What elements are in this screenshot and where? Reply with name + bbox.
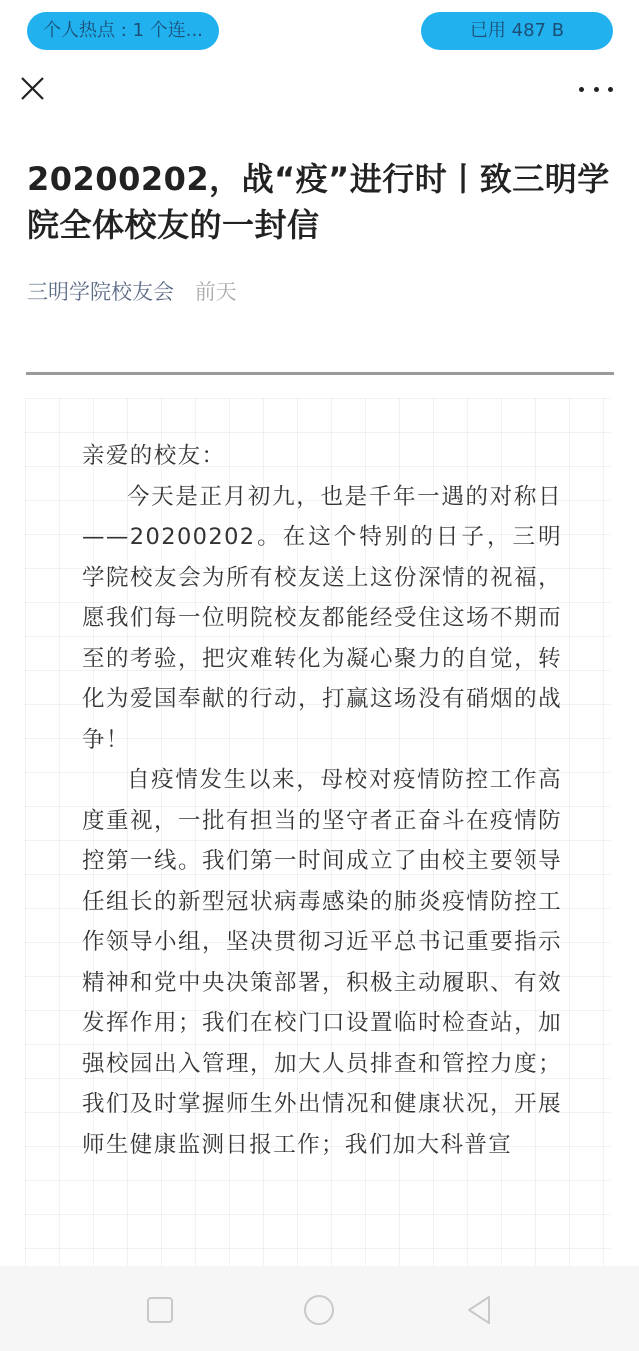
publish-time: 前天	[195, 280, 237, 304]
letter-paragraph: 自疫情发生以来，母校对疫情防控工作高度重视，一批有担当的坚守者正奋斗在疫情防控第…	[82, 760, 562, 1165]
close-icon	[18, 74, 48, 104]
article-nav-bar	[0, 62, 639, 118]
article-meta: 三明学院校友会 前天	[27, 276, 237, 308]
more-dots-icon	[579, 87, 584, 92]
letter-paragraph: 今天是正月初九，也是千年一遇的对称日——20200202。在这个特别的日子，三明…	[82, 477, 562, 761]
more-dots-icon	[608, 87, 613, 92]
letter-body: 亲爱的校友： 今天是正月初九，也是千年一遇的对称日——20200202。在这个特…	[82, 436, 562, 1165]
system-navigation-bar	[0, 1266, 639, 1351]
back-triangle-icon	[463, 1294, 495, 1326]
recents-square-icon	[144, 1294, 176, 1326]
home-circle-icon	[303, 1294, 335, 1326]
more-options-button[interactable]	[576, 76, 616, 102]
letter-salutation: 亲爱的校友：	[82, 436, 562, 477]
data-usage-pill[interactable]: 已用 487 B	[421, 12, 613, 50]
home-button[interactable]	[303, 1294, 335, 1326]
author-link[interactable]: 三明学院校友会	[27, 280, 174, 304]
more-dots-icon	[594, 87, 599, 92]
status-bar: 个人热点 : 1 个连... 已用 487 B	[0, 0, 639, 62]
hotspot-status-pill[interactable]: 个人热点 : 1 个连...	[27, 12, 219, 50]
close-button[interactable]	[18, 74, 48, 104]
recents-button[interactable]	[144, 1294, 176, 1326]
back-button[interactable]	[463, 1294, 495, 1326]
article-title: 20200202，战“疫”进行时丨致三明学院全体校友的一封信	[27, 156, 617, 248]
title-divider	[26, 372, 614, 375]
